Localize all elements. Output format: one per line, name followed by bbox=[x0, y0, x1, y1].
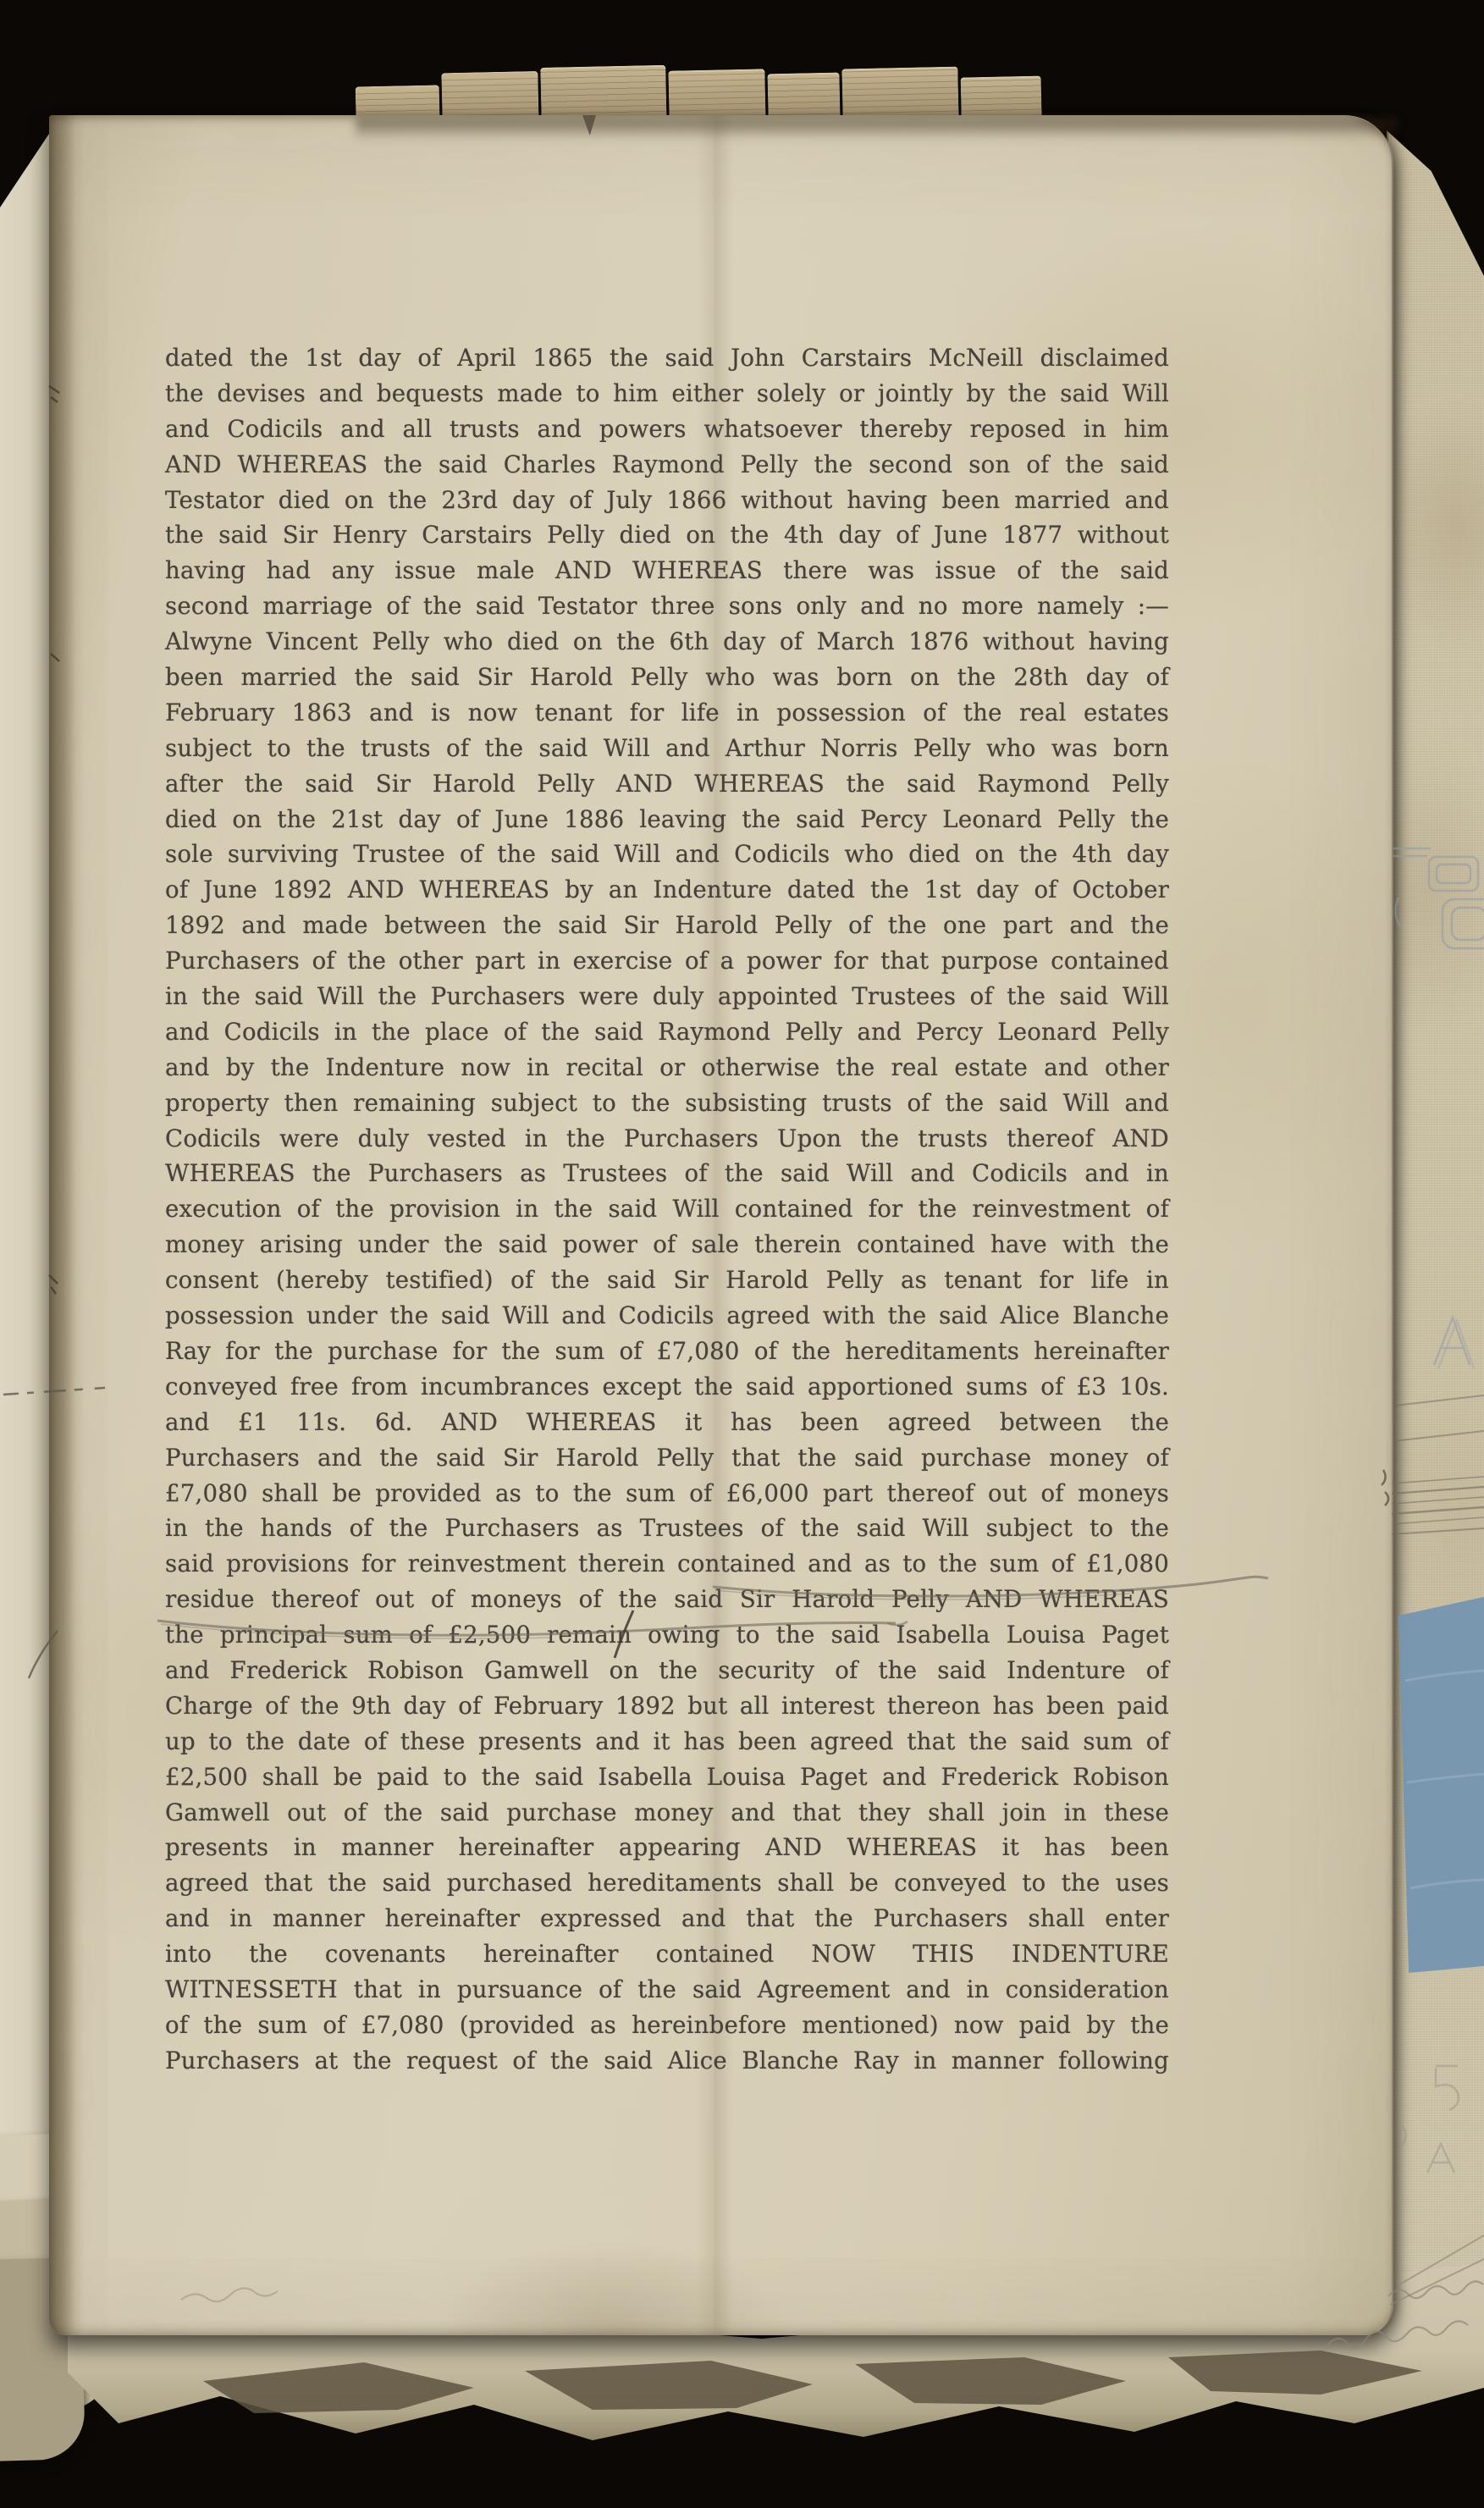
text-line: Purchasers and the said Sir Harold Pelly… bbox=[165, 1440, 1169, 1476]
document-text: dated the 1st day of April 1865 the said… bbox=[165, 340, 1169, 2079]
text-line: WITNESSETH that in pursuance of the said… bbox=[165, 1972, 1169, 2008]
text-line: Purchasers of the other part in exercise… bbox=[165, 943, 1169, 979]
text-line: and Frederick Robison Gamwell on the sec… bbox=[165, 1653, 1169, 1688]
text-line: died on the 21st day of June 1886 leavin… bbox=[165, 802, 1169, 837]
text-line: Charge of the 9th day of February 1892 b… bbox=[165, 1688, 1169, 1724]
text-line: second marriage of the said Testator thr… bbox=[165, 588, 1169, 624]
text-line: the said Sir Henry Carstairs Pelly died … bbox=[165, 517, 1169, 553]
text-line: and in manner hereinafter expressed and … bbox=[165, 1901, 1169, 1936]
text-line: Codicils were duly vested in the Purchas… bbox=[165, 1121, 1169, 1157]
text-line: 1892 and made between the said Sir Harol… bbox=[165, 908, 1169, 943]
text-line: up to the date of these presents and it … bbox=[165, 1724, 1169, 1759]
text-line: of the sum of £7,080 (provided as herein… bbox=[165, 2008, 1169, 2043]
text-line: consent (hereby testified) of the said S… bbox=[165, 1262, 1169, 1298]
text-line: Purchasers at the request of the said Al… bbox=[165, 2043, 1169, 2079]
text-line: conveyed free from incumbrances except t… bbox=[165, 1369, 1169, 1405]
text-line: in the said Will the Purchasers were dul… bbox=[165, 979, 1169, 1014]
text-line: property then remaining subject to the s… bbox=[165, 1086, 1169, 1121]
text-line: February 1863 and is now tenant for life… bbox=[165, 695, 1169, 731]
text-line: WHEREAS the Purchasers as Trustees of th… bbox=[165, 1156, 1169, 1191]
text-line: Alwyne Vincent Pelly who died on the 6th… bbox=[165, 624, 1169, 660]
text-line: in the hands of the Purchasers as Truste… bbox=[165, 1511, 1169, 1546]
text-line: and Codicils and all trusts and powers w… bbox=[165, 412, 1169, 447]
photographed-book-page: dated the 1st day of April 1865 the said… bbox=[0, 0, 1484, 2508]
text-line: into the covenants hereinafter contained… bbox=[165, 1936, 1169, 1972]
text-line: dated the 1st day of April 1865 the said… bbox=[165, 340, 1169, 376]
text-line: residue thereof out of moneys of the sai… bbox=[165, 1582, 1169, 1617]
text-line: been married the said Sir Harold Pelly w… bbox=[165, 660, 1169, 695]
text-line: after the said Sir Harold Pelly AND WHER… bbox=[165, 766, 1169, 802]
text-line: said provisions for reinvestment therein… bbox=[165, 1546, 1169, 1582]
text-line: Testator died on the 23rd day of July 18… bbox=[165, 483, 1169, 518]
text-line: £2,500 shall be paid to the said Isabell… bbox=[165, 1759, 1169, 1795]
text-line: Ray for the purchase for the sum of £7,0… bbox=[165, 1334, 1169, 1369]
text-line: the principal sum of £2,500 remain owing… bbox=[165, 1617, 1169, 1653]
text-line: £7,080 shall be provided as to the sum o… bbox=[165, 1476, 1169, 1511]
right-adjacent-sheet bbox=[1387, 119, 1484, 2388]
text-line: agreed that the said purchased hereditam… bbox=[165, 1865, 1169, 1901]
text-line: execution of the provision in the said W… bbox=[165, 1191, 1169, 1227]
text-line: sole surviving Trustee of the said Will … bbox=[165, 837, 1169, 872]
text-line: the devises and bequests made to him eit… bbox=[165, 376, 1169, 412]
text-line: and Codicils in the place of the said Ra… bbox=[165, 1014, 1169, 1050]
text-line: and £1 11s. 6d. AND WHEREAS it has been … bbox=[165, 1405, 1169, 1440]
text-line: of June 1892 AND WHEREAS by an Indenture… bbox=[165, 872, 1169, 908]
text-line: AND WHEREAS the said Charles Raymond Pel… bbox=[165, 447, 1169, 483]
text-line: money arising under the said power of sa… bbox=[165, 1227, 1169, 1262]
text-line: Gamwell out of the said purchase money a… bbox=[165, 1795, 1169, 1831]
left-page-stack-edge bbox=[0, 119, 49, 2427]
text-line: having had any issue male AND WHEREAS th… bbox=[165, 553, 1169, 588]
text-line: possession under the said Will and Codic… bbox=[165, 1298, 1169, 1334]
text-line: subject to the trusts of the said Will a… bbox=[165, 731, 1169, 766]
text-line: presents in manner hereinafter appearing… bbox=[165, 1830, 1169, 1865]
text-line: and by the Indenture now in recital or o… bbox=[165, 1050, 1169, 1086]
